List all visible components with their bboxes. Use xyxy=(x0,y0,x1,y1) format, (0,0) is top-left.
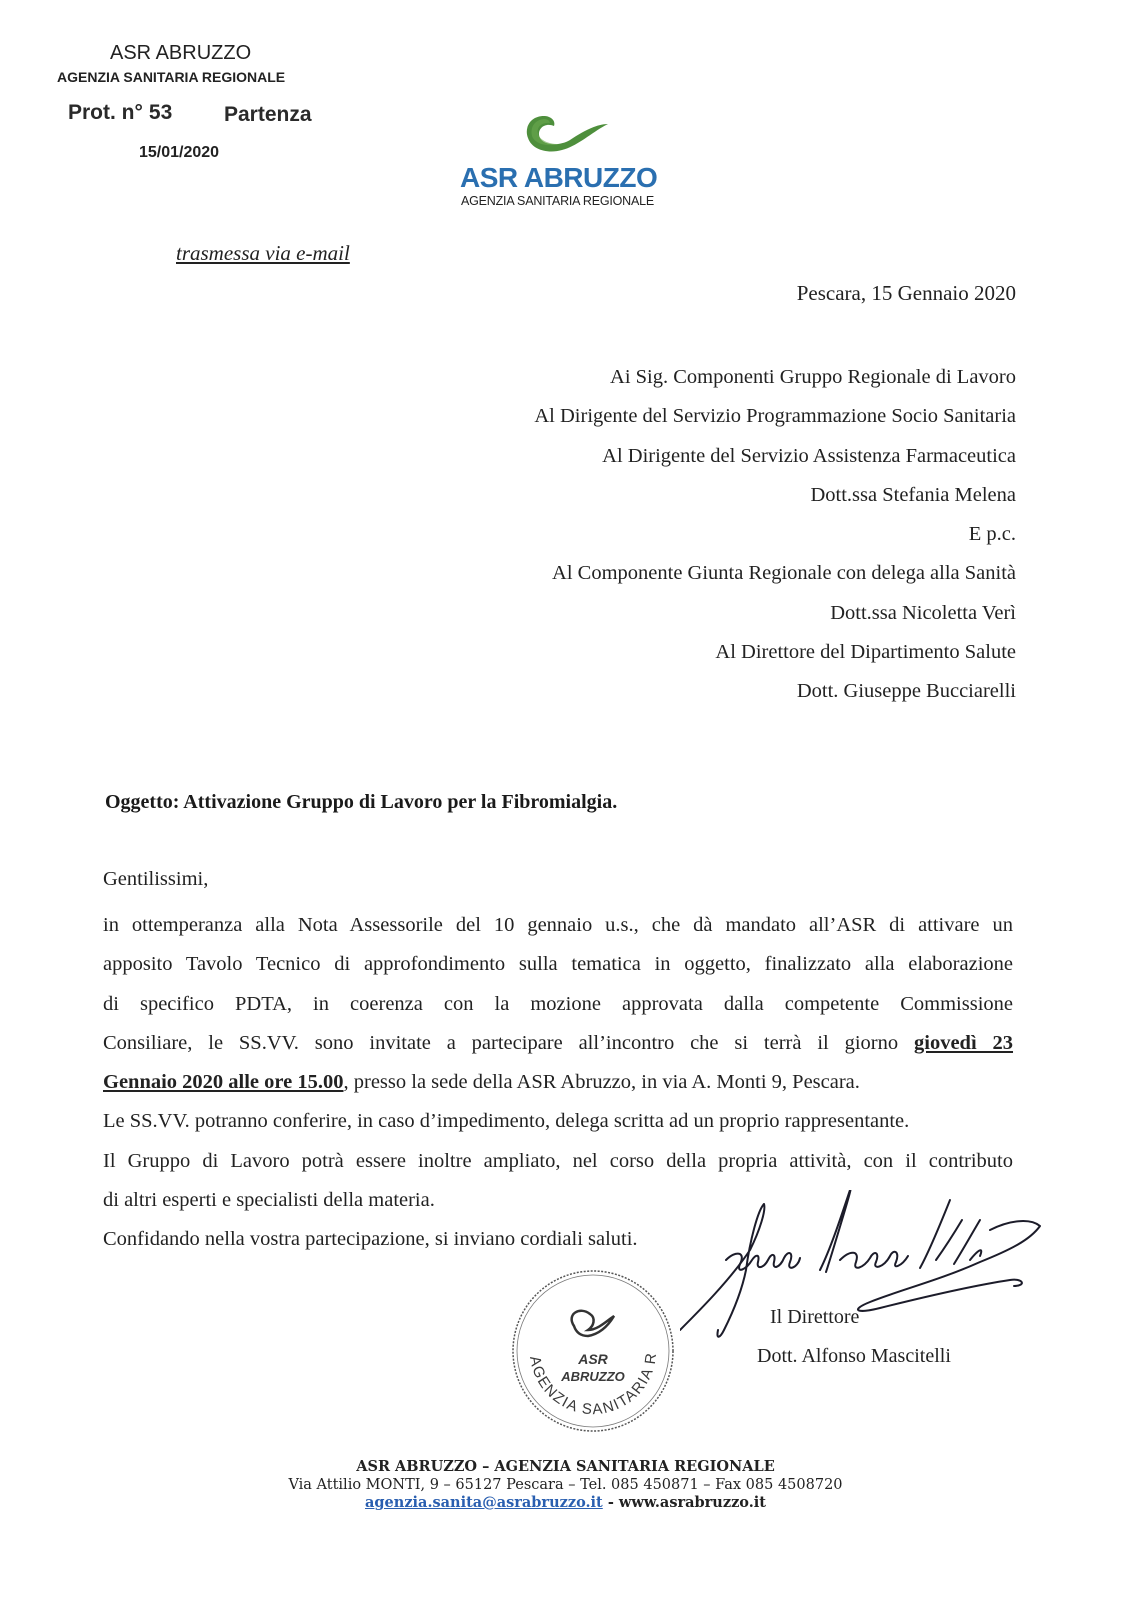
addressee-list: Ai Sig. Componenti Gruppo Regionale di L… xyxy=(534,358,1016,712)
addressee: Dott.ssa Nicoletta Verì xyxy=(534,594,1016,633)
protocol-stamp-org-sub: AGENZIA SANITARIA REGIONALE xyxy=(57,69,285,85)
addressee: Al Dirigente del Servizio Assistenza Far… xyxy=(534,437,1016,476)
transmission-note: trasmessa via e-mail xyxy=(176,241,350,266)
greeting: Gentilissimi, xyxy=(103,868,208,891)
addressee: Al Direttore del Dipartimento Salute xyxy=(534,633,1016,672)
letter-subject: Oggetto: Attivazione Gruppo di Lavoro pe… xyxy=(105,791,617,814)
protocol-value: 53 xyxy=(149,101,172,124)
body-text: Consiliare, le SS.VV. sono invitate a pa… xyxy=(103,1032,898,1054)
footer-org: ASR ABRUZZO – AGENZIA SANITARIA REGIONAL… xyxy=(0,1458,1131,1476)
place-date: Pescara, 15 Gennaio 2020 xyxy=(797,281,1016,306)
addressee: Al Dirigente del Servizio Programmazione… xyxy=(534,397,1016,436)
stamp-leaf-icon xyxy=(572,1311,614,1336)
stamp-ring-text: AGENZIA SANITARIA REGIONALE xyxy=(510,1268,660,1418)
protocol-direction: Partenza xyxy=(224,103,312,127)
addressee: Ai Sig. Componenti Gruppo Regionale di L… xyxy=(534,358,1016,397)
protocol-stamp-org: ASR ABRUZZO xyxy=(110,42,251,65)
logo-subtitle: AGENZIA SANITARIA REGIONALE xyxy=(461,194,654,208)
body-line: apposito Tavolo Tecnico di approfondimen… xyxy=(103,945,1013,984)
meeting-time-highlight: Gennaio 2020 alle ore 15.00 xyxy=(103,1071,344,1093)
handwritten-signature xyxy=(680,1190,1060,1350)
stamp-center-abruzzo: ABRUZZO xyxy=(560,1369,625,1384)
cc-label: E p.c. xyxy=(534,515,1016,554)
leaf-logo-icon xyxy=(522,110,612,158)
footer-email-link[interactable]: agenzia.sanita@asrabruzzo.it xyxy=(365,1494,603,1511)
protocol-date: 15/01/2020 xyxy=(139,144,219,162)
protocol-label: Prot. n° xyxy=(68,101,143,124)
footer-website[interactable]: www.asrabruzzo.it xyxy=(619,1494,766,1511)
body-paragraph: Le SS.VV. potranno conferire, in caso d’… xyxy=(103,1102,1013,1141)
addressee: Dott. Giuseppe Bucciarelli xyxy=(534,672,1016,711)
footer-contacts: agenzia.sanita@asrabruzzo.it - www.asrab… xyxy=(0,1494,1131,1512)
addressee: Dott.ssa Stefania Melena xyxy=(534,476,1016,515)
official-round-stamp: AGENZIA SANITARIA REGIONALE ASR ABRUZZO xyxy=(510,1268,676,1434)
protocol-number: Prot. n°53 xyxy=(68,101,172,125)
body-text: , presso la sede della ASR Abruzzo, in v… xyxy=(344,1071,860,1093)
body-line: Consiliare, le SS.VV. sono invitate a pa… xyxy=(103,1024,1013,1063)
footer-address: Via Attilio MONTI, 9 – 65127 Pescara – T… xyxy=(0,1476,1131,1494)
addressee: Al Componente Giunta Regionale con deleg… xyxy=(534,554,1016,593)
logo-name: ASR ABRUZZO xyxy=(460,162,657,194)
body-line: Il Gruppo di Lavoro potrà essere inoltre… xyxy=(103,1142,1013,1181)
footer-separator: - xyxy=(603,1494,619,1511)
body-line: in ottemperanza alla Nota Assessorile de… xyxy=(103,906,1013,945)
asr-abruzzo-logo: ASR ABRUZZO AGENZIA SANITARIA REGIONALE xyxy=(455,110,685,210)
stamp-center-asr: ASR xyxy=(577,1351,608,1367)
letterhead-footer: ASR ABRUZZO – AGENZIA SANITARIA REGIONAL… xyxy=(0,1458,1131,1512)
body-line: Gennaio 2020 alle ore 15.00, presso la s… xyxy=(103,1063,1013,1102)
signatory-role: Il Direttore xyxy=(770,1306,859,1329)
signatory-name: Dott. Alfonso Mascitelli xyxy=(757,1345,951,1368)
body-line: di specifico PDTA, in coerenza con la mo… xyxy=(103,985,1013,1024)
meeting-date-highlight: giovedì 23 xyxy=(914,1032,1013,1054)
